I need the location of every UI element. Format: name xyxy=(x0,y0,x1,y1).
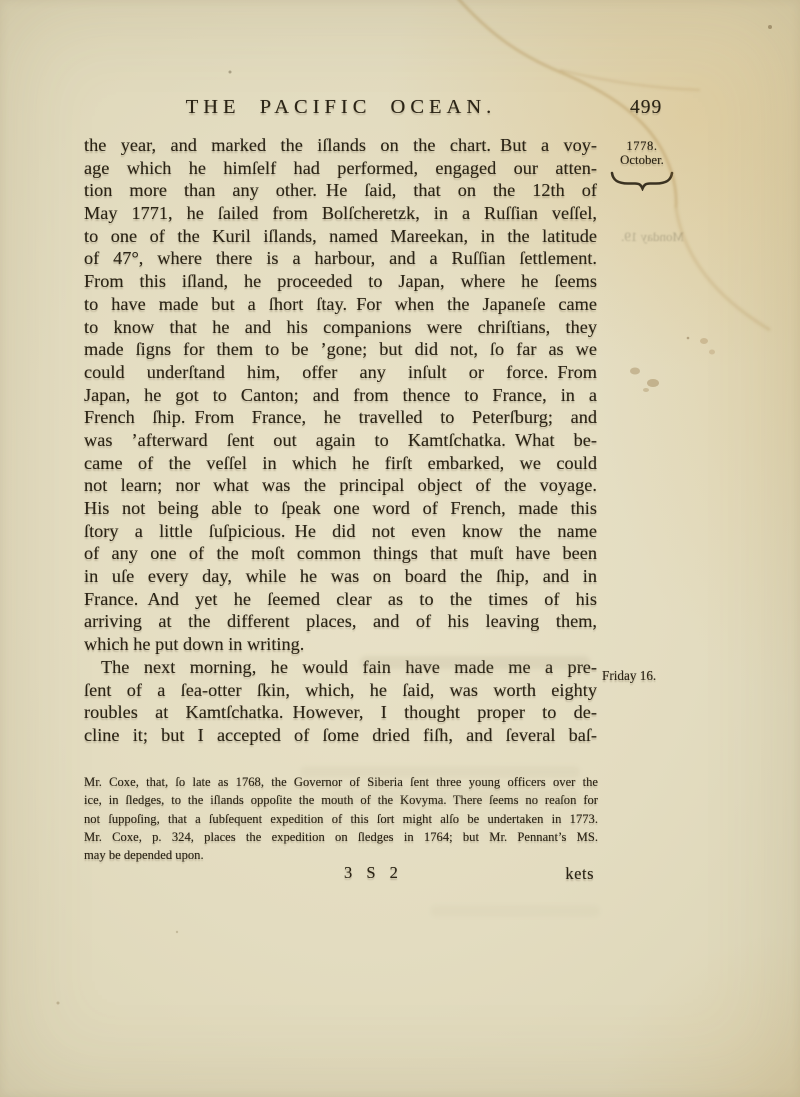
text-line: His not being able to ſpeak one word of … xyxy=(84,497,597,520)
brace-swash-icon xyxy=(609,169,675,191)
text-line: The next morning, he would fain have mad… xyxy=(84,656,597,679)
footnote-line: Mr. Coxe, p. 324, places the expedition … xyxy=(84,828,598,846)
paragraph: The next morning, he would fain have mad… xyxy=(84,656,597,747)
body-text: the year, and marked the iſlands on the … xyxy=(84,134,597,747)
footnote-line: may be depended upon. xyxy=(84,846,598,864)
text-line: not learn; nor what was the principal ob… xyxy=(84,474,597,497)
text-line: of 47°, where there is a harbour, and a … xyxy=(84,247,597,270)
footnote-line: Mr. Coxe, that, ſo late as 1768, the Gov… xyxy=(84,773,598,791)
catchword: kets xyxy=(565,864,594,884)
book-page-scan: THE PACIFIC OCEAN. 499 1778. October. Fr… xyxy=(0,0,800,1097)
running-header: THE PACIFIC OCEAN. xyxy=(85,96,597,119)
text-line: ſtory a little ſuſpicious. He did not ev… xyxy=(84,520,597,543)
text-line: Japan, he got to Canton; and from thence… xyxy=(84,384,597,407)
margin-note-year: 1778. xyxy=(606,140,678,154)
text-line: From this iſland, he proceeded to Japan,… xyxy=(84,270,597,293)
page-title: THE PACIFIC OCEAN. xyxy=(186,96,497,118)
margin-note-date: 1778. October. xyxy=(606,140,678,191)
text-line: to have made but a ſhort ſtay. For when … xyxy=(84,293,597,316)
signature-mark: 3 S 2 xyxy=(344,863,403,883)
text-line: French ſhip. From France, he travelled t… xyxy=(84,406,597,429)
bleed-through-text: Monday 19. xyxy=(600,229,684,245)
footnote-line: not ſuppoſing, that a ſubſequent expedit… xyxy=(84,810,598,828)
text-line: France. And yet he ſeemed clear as to th… xyxy=(84,588,597,611)
text-line: tion more than any other. He ſaid, that … xyxy=(84,179,597,202)
text-line: May 1771, he ſailed from Bolſcheretzk, i… xyxy=(84,202,597,225)
text-line: was ’afterward ſent out again to Kamtſch… xyxy=(84,429,597,452)
footnote-line: ice, in ſledges, to the iſlands oppoſite… xyxy=(84,791,598,809)
margin-note-month: October. xyxy=(606,154,678,168)
text-line: roubles at Kamtſchatka. However, I thoug… xyxy=(84,701,597,724)
text-line: of any one of the moſt common things tha… xyxy=(84,542,597,565)
footnote: Mr. Coxe, that, ſo late as 1768, the Gov… xyxy=(84,773,598,864)
ghost-bar xyxy=(430,905,600,917)
page-number: 499 xyxy=(630,97,662,119)
text-line: in uſe every day, while he was on board … xyxy=(84,565,597,588)
text-line: cline it; but I accepted of ſome dried f… xyxy=(84,724,597,747)
text-line: came of the veſſel in which he firſt emb… xyxy=(84,452,597,475)
signature-row: 3 S 2 kets xyxy=(84,863,598,887)
text-line: made ſigns for them to be ’gone; but did… xyxy=(84,338,597,361)
text-line: could underſtand him, offer any inſult o… xyxy=(84,361,597,384)
text-line: ſent of a ſea-otter ſkin, which, he ſaid… xyxy=(84,679,597,702)
text-line: the year, and marked the iſlands on the … xyxy=(84,134,597,157)
text-line: to one of the Kuril iſlands, named Maree… xyxy=(84,225,597,248)
paragraph: the year, and marked the iſlands on the … xyxy=(84,134,597,656)
text-line: age which he himſelf had performed, enga… xyxy=(84,157,597,180)
text-line: arriving at the different places, and of… xyxy=(84,610,597,633)
text-line: to know that he and his companions were … xyxy=(84,316,597,339)
text-line: which he put down in writing. xyxy=(84,633,597,656)
margin-note-day: Friday 16. xyxy=(602,668,656,684)
